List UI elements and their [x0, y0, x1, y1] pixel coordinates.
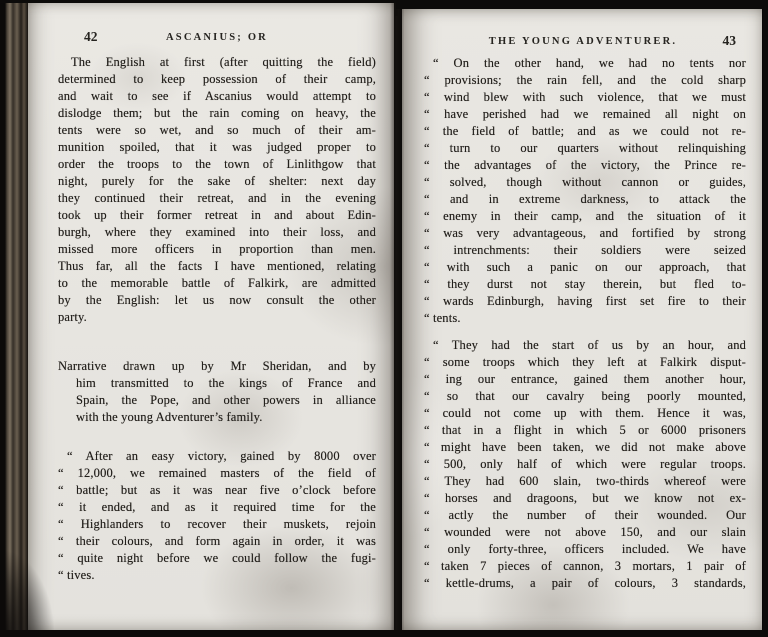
- text-line: “ and in extreme darkness, to attack the: [424, 191, 746, 208]
- quoted-paragraph-victory: “ After an easy victory, gained by 8000 …: [58, 448, 376, 584]
- text-line: “ On the other hand, we had no tents nor: [424, 55, 746, 72]
- page-number-right: 43: [723, 33, 737, 49]
- text-line: Narrative drawn up by Mr Sheridan, and b…: [58, 358, 376, 375]
- text-line: “ kettle-drums, a pair of colours, 3 sta…: [424, 575, 746, 592]
- text-line: “ have perished had we remained all nigh…: [424, 106, 746, 123]
- book-scan: 42 ASCANIUS; OR The English at first (af…: [0, 0, 768, 637]
- text-line: “ After an easy victory, gained by 8000 …: [58, 448, 376, 465]
- text-line: determined to keep possession of their c…: [58, 71, 376, 88]
- text-line: “ They had the start of us by an hour, a…: [424, 337, 746, 354]
- text-line: “ quite night before we could follow the…: [58, 550, 376, 567]
- text-line: dislodge them; but the rain coming on he…: [58, 105, 376, 122]
- text-line: The English at first (after quitting the…: [58, 54, 376, 71]
- text-line: “ provisions; the rain fell, and the col…: [424, 72, 746, 89]
- text-line: missed more officers in proportion than …: [58, 241, 376, 258]
- text-line: “ was very advantageous, and fortified b…: [424, 225, 746, 242]
- text-line: “ might have been taken, we did not make…: [424, 439, 746, 456]
- text-line: by the English: let us now consult the o…: [58, 292, 376, 309]
- scan-corner-shadow: [0, 551, 54, 637]
- text-line: took up their former retreat in and abou…: [58, 207, 376, 224]
- text-line: “ They had 600 slain, two-thirds whereof…: [424, 473, 746, 490]
- text-line: “ actly the number of their wounded. Our: [424, 507, 746, 524]
- text-line: “ the advantages of the victory, the Pri…: [424, 157, 746, 174]
- text-line: “ 12,000, we remained masters of the fie…: [58, 465, 376, 482]
- text-line: “ taken 7 pieces of cannon, 3 mortars, 1…: [424, 558, 746, 575]
- text-line: burgh, where they examined into their lo…: [58, 224, 376, 241]
- text-line: night, purely for the sake of shelter: n…: [58, 173, 376, 190]
- text-line: order the troops to the town of Linlithg…: [58, 156, 376, 173]
- book-binding: [0, 0, 28, 637]
- scan-edge-bottom: [0, 630, 768, 637]
- left-text-column: The English at first (after quitting the…: [58, 54, 376, 584]
- text-line: tents were so wet, and so much of their …: [58, 122, 376, 139]
- running-title-right: THE YOUNG ADVENTURER.: [422, 36, 744, 47]
- text-line: “ some troops which they left at Falkirk…: [424, 354, 746, 371]
- text-line: “ solved, though without cannon or guide…: [424, 174, 746, 191]
- running-title-left: ASCANIUS; OR: [58, 32, 376, 43]
- text-line: “ battle; but as it was near five o’cloc…: [58, 482, 376, 499]
- text-line: “ wounded were not above 150, and our sl…: [424, 524, 746, 541]
- text-line: “ wards Edinburgh, having first set fire…: [424, 293, 746, 310]
- paragraph-english-camp: The English at first (after quitting the…: [58, 54, 376, 326]
- text-line: “ so that our cavalry being poorly mount…: [424, 388, 746, 405]
- text-line: “ with such a panic on our approach, tha…: [424, 259, 746, 276]
- scan-edge-top-left: [0, 0, 402, 3]
- text-line: “ it ended, and as it required time for …: [58, 499, 376, 516]
- text-line: “ tents.: [424, 310, 746, 327]
- text-line: and wait to see if Ascanius would attemp…: [58, 88, 376, 105]
- text-line: “ wind blew with such violence, that we …: [424, 89, 746, 106]
- text-line: “ ing our entrance, gained them another …: [424, 371, 746, 388]
- text-line: they continued their retreat, and in the…: [58, 190, 376, 207]
- text-line: with the young Adventurer’s family.: [58, 409, 376, 426]
- text-line: party.: [58, 309, 376, 326]
- text-line: “ could not come up with them. Hence it …: [424, 405, 746, 422]
- text-line: “ intrenchments: their soldiers were sei…: [424, 242, 746, 259]
- text-line: “ horses and dragoons, but we know not e…: [424, 490, 746, 507]
- page-gutter: [390, 0, 404, 637]
- text-line: “ turn to our quarters without relinquis…: [424, 140, 746, 157]
- text-line: him transmitted to the kings of France a…: [58, 375, 376, 392]
- text-line: “ 500, only half of which were regular t…: [424, 456, 746, 473]
- text-line: “ only forty-three, officers included. W…: [424, 541, 746, 558]
- scan-edge-top-right: [396, 0, 768, 9]
- text-line: to the memorable battle of Falkirk, are …: [58, 275, 376, 292]
- text-line: “ the field of battle; and as we could n…: [424, 123, 746, 140]
- right-page: THE YOUNG ADVENTURER. 43 “ On the other …: [402, 8, 762, 630]
- text-line: Thus far, all the facts I have mentioned…: [58, 258, 376, 275]
- text-line: “ Highlanders to recover their muskets, …: [58, 516, 376, 533]
- text-line: Spain, the Pope, and other powers in all…: [58, 392, 376, 409]
- left-page: 42 ASCANIUS; OR The English at first (af…: [28, 2, 394, 632]
- narrative-heading: Narrative drawn up by Mr Sheridan, and b…: [58, 358, 376, 426]
- text-line: munition spoiled, that it was judged pro…: [58, 139, 376, 156]
- right-text-column: “ On the other hand, we had no tents nor…: [424, 55, 746, 592]
- text-line: “ enemy in their camp, and the situation…: [424, 208, 746, 225]
- scan-edge-right: [763, 0, 768, 637]
- text-line: “ their colours, and form again in order…: [58, 533, 376, 550]
- text-line: “ tives.: [58, 567, 376, 584]
- text-line: “ they durst not stay therein, but fled …: [424, 276, 746, 293]
- quoted-paragraph-pursuit: “ They had the start of us by an hour, a…: [424, 337, 746, 592]
- text-line: “ that in a flight in which 5 or 6000 pr…: [424, 422, 746, 439]
- quoted-paragraph-other-hand: “ On the other hand, we had no tents nor…: [424, 55, 746, 327]
